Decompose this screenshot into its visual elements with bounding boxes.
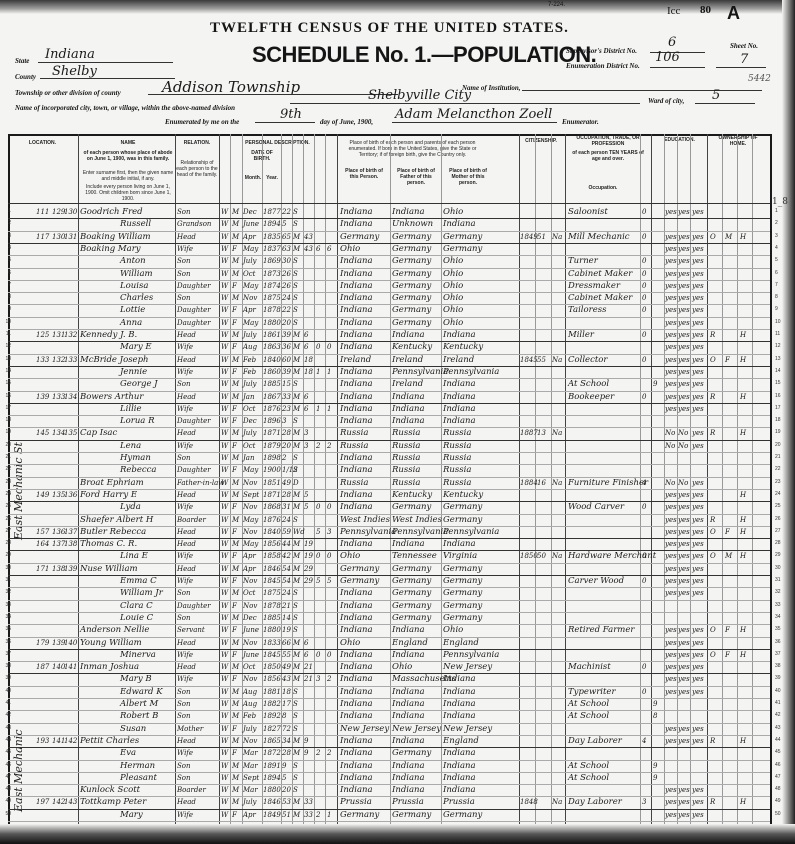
cell-write: yes	[678, 564, 690, 574]
scan-edge-right	[782, 0, 795, 844]
cell-write: yes	[678, 232, 690, 242]
cell-sex: M	[232, 638, 239, 648]
cell-year: 1865	[263, 736, 281, 746]
cell-name: William Jr	[120, 588, 163, 598]
cell-occupation: Carver Wood	[568, 576, 624, 586]
cell-year: 1835	[263, 232, 281, 242]
row-number: 32	[1, 589, 11, 595]
cell-month: Oct	[243, 269, 255, 279]
row-number: 17	[1, 405, 11, 411]
row-number-right: 1	[775, 208, 778, 214]
row-number-right: 13	[775, 356, 781, 362]
col-divider	[325, 134, 326, 824]
enumerated-label-2: day of June, 1900,	[320, 118, 373, 126]
document-title: TWELFTH CENSUS OF THE UNITED STATES.	[210, 20, 569, 37]
cell-name: Lottie	[120, 305, 145, 315]
cell-year: 1868	[263, 502, 281, 512]
cell-speak: yes	[692, 687, 704, 697]
cell-year: 1881	[263, 687, 281, 697]
cell-read: yes	[665, 736, 677, 746]
cell-speak: yes	[692, 490, 704, 500]
cell-race: W	[221, 761, 228, 771]
row-number-right: 4	[775, 245, 778, 251]
cell-year: 1856	[263, 674, 281, 684]
cell-free: F	[725, 650, 730, 660]
header-occupation-desc: of each person TEN YEARS of age and over…	[568, 150, 648, 162]
cell-year: 1871	[263, 490, 281, 500]
cell-farm: H	[740, 650, 746, 660]
cell-year: 1875	[263, 588, 281, 598]
cell-marital: M	[293, 539, 300, 549]
cell-read: yes	[665, 662, 677, 672]
cell-family: 130	[64, 207, 77, 217]
cell-age: 20	[282, 318, 291, 328]
cell-occupation: Wood Carver	[568, 502, 624, 512]
cell-month: July	[243, 428, 257, 438]
cell-write: yes	[678, 367, 690, 377]
cell-mother: Russia	[443, 441, 471, 451]
cell-birth: Indiana	[340, 601, 373, 611]
row-number: 3	[1, 233, 11, 239]
cell-month: June	[243, 625, 259, 635]
cell-speak: yes	[692, 576, 704, 586]
cell-age: 24	[282, 588, 291, 598]
cell-race: W	[221, 785, 228, 795]
row-number: 25	[1, 503, 11, 509]
row-number-right: 8	[775, 294, 778, 300]
cell-birth: Indiana	[340, 219, 373, 229]
cell-speak: yes	[692, 810, 704, 820]
row-number: 11	[1, 331, 11, 337]
cell-mother: Indiana	[443, 404, 476, 414]
cell-month: July	[243, 330, 257, 340]
cell-unemp: 4	[642, 736, 646, 746]
cell-name: Ford Harry E	[80, 490, 137, 500]
cell-father: West Indies	[392, 515, 442, 525]
row-number: 19	[1, 429, 11, 435]
cell-occupation: Tailoress	[568, 305, 606, 315]
row-number: 37	[1, 651, 11, 657]
cell-married-yrs: 5	[304, 490, 308, 500]
cell-living: 2	[327, 748, 331, 758]
cell-birth: Pennsylvania	[340, 527, 396, 537]
cell-free: M	[725, 551, 732, 561]
cell-race: W	[221, 515, 228, 525]
cell-father: Indiana	[392, 330, 425, 340]
cell-mother-of: 0	[316, 551, 320, 561]
cell-unemp: 0	[642, 355, 646, 365]
cell-month: Sept	[243, 773, 259, 783]
cell-occupation: Cabinet Maker	[568, 269, 632, 279]
cell-write: yes	[678, 281, 690, 291]
cell-race: W	[221, 638, 228, 648]
cell-yrs-us: 50	[537, 551, 546, 561]
header-name-desc-3: Include every person living on June 1, 1…	[80, 184, 176, 202]
cell-living: 1	[327, 404, 331, 414]
cell-age: 19	[282, 625, 291, 635]
cell-birth: Indiana	[340, 392, 373, 402]
cell-name: Robert B	[120, 711, 158, 721]
row-number-right: 23	[775, 479, 781, 485]
cell-age: 28	[282, 490, 291, 500]
header-personal-description: PERSONAL DESCRIPTION.	[220, 140, 335, 146]
cell-write: yes	[678, 269, 690, 279]
cell-race: W	[221, 588, 228, 598]
cell-farm: H	[740, 490, 746, 500]
cell-speak: yes	[692, 625, 704, 635]
cell-race: W	[221, 674, 228, 684]
cell-father: Russia	[392, 478, 420, 488]
cell-month: Sept	[243, 490, 259, 500]
cell-sex: F	[232, 810, 237, 820]
cell-name: Lina E	[120, 551, 148, 561]
row-number: 9	[1, 306, 11, 312]
cell-married-yrs: 19	[304, 551, 313, 561]
cell-write: yes	[678, 244, 690, 254]
cell-birth: Indiana	[340, 625, 373, 635]
cell-imm: 1848	[520, 797, 538, 807]
enumeration-value: 106	[655, 50, 680, 65]
cell-relation: Head	[177, 638, 196, 648]
cell-year: 1856	[263, 539, 281, 549]
cell-free: M	[725, 232, 732, 242]
cell-farm: H	[740, 797, 746, 807]
cell-read: No	[665, 441, 675, 451]
cell-write: yes	[678, 797, 690, 807]
cell-month: Apr	[243, 551, 256, 561]
cell-race: W	[221, 662, 228, 672]
cell-race: W	[221, 527, 228, 537]
cell-father: Germany	[392, 576, 431, 586]
cell-mother: Germany	[443, 588, 482, 598]
cell-married-yrs: 6	[304, 392, 308, 402]
cell-marital: S	[293, 293, 298, 303]
cell-write: yes	[678, 662, 690, 672]
cell-relation: Head	[177, 232, 196, 242]
cell-mother: Ohio	[443, 625, 463, 635]
cell-read: yes	[665, 330, 677, 340]
cell-father: England	[392, 638, 428, 648]
cell-married-yrs: 3	[304, 428, 308, 438]
cell-read: yes	[665, 785, 677, 795]
cell-marital: M	[293, 576, 300, 586]
cell-name: Pettit Charles	[80, 736, 139, 746]
cell-own: R	[710, 392, 715, 402]
cell-occupation: Furniture Finisher	[568, 478, 648, 488]
cell-farm: H	[740, 625, 746, 635]
cell-sex: F	[232, 502, 237, 512]
cell-month: May	[243, 244, 258, 254]
cell-name: Boaking Mary	[80, 244, 141, 254]
cell-birth: Indiana	[340, 711, 373, 721]
cell-sex: F	[232, 318, 237, 328]
enumerator-underline	[392, 122, 557, 123]
state-value: Indiana	[45, 47, 95, 62]
cell-father: Germany	[392, 293, 431, 303]
cell-father: Kentucky	[392, 342, 432, 352]
cell-relation: Wife	[177, 576, 193, 586]
cell-sex: M	[232, 588, 239, 598]
cell-name: Emma C	[120, 576, 157, 586]
header-name-desc-2: Enter surname first, then the given name…	[80, 170, 176, 182]
cell-birth: Indiana	[340, 465, 373, 475]
cell-race: W	[221, 490, 228, 500]
cell-birth: Indiana	[340, 502, 373, 512]
cell-relation: Wife	[177, 551, 193, 561]
cell-father: Ohio	[392, 662, 412, 672]
cell-unemp: 0	[642, 502, 646, 512]
cell-age: 53	[282, 797, 291, 807]
cell-year: 1879	[263, 441, 281, 451]
cell-farm: H	[740, 355, 746, 365]
cell-birth: Indiana	[340, 318, 373, 328]
enumerator-name: Adam Melancthon Zoell	[395, 107, 552, 122]
cell-father: Russia	[392, 453, 420, 463]
cell-father: Tennessee	[392, 551, 437, 561]
cell-race: W	[221, 416, 228, 426]
cell-living: 0	[327, 551, 331, 561]
cell-name: Herman	[120, 761, 155, 771]
cell-month: Dec	[243, 207, 257, 217]
cell-birth: Indiana	[340, 662, 373, 672]
header-nativity-desc: Place of birth of each person and parent…	[340, 140, 485, 158]
cell-sex: F	[232, 244, 237, 254]
county-underline	[40, 78, 175, 79]
cell-married-yrs: 19	[304, 539, 313, 549]
cell-marital: M	[293, 342, 300, 352]
cell-sex: M	[232, 515, 239, 525]
cell-mother: Ohio	[443, 269, 463, 279]
cell-sex: M	[232, 564, 239, 574]
cell-birth: Indiana	[340, 588, 373, 598]
cell-month: June	[243, 650, 259, 660]
row-number-right: 48	[775, 786, 781, 792]
cell-family: 140	[64, 638, 77, 648]
cell-mother: Pennsylvania	[443, 527, 499, 537]
cell-race: W	[221, 724, 228, 734]
cell-relation: Head	[177, 564, 196, 574]
header-location: LOCATION.	[10, 140, 75, 146]
cell-name: Broat Ephriam	[80, 478, 144, 488]
cell-marital: S	[293, 588, 298, 598]
row-number-right: 46	[775, 762, 781, 768]
cell-read: yes	[665, 207, 677, 217]
supervisor-label: Supervisor's District No.	[566, 47, 637, 55]
cell-birth: Indiana	[340, 699, 373, 709]
cell-sex: F	[232, 342, 237, 352]
cell-write: yes	[678, 638, 690, 648]
cell-race: W	[221, 687, 228, 697]
cell-relation: Wife	[177, 441, 193, 451]
cell-relation: Head	[177, 428, 196, 438]
cell-write: yes	[678, 490, 690, 500]
cell-marital: M	[293, 674, 300, 684]
row-number: 43	[1, 725, 11, 731]
cell-own: O	[710, 650, 716, 660]
cell-relation: Daughter	[177, 465, 211, 475]
cell-mother: Indiana	[443, 699, 476, 709]
cell-father: Germany	[392, 305, 431, 315]
cell-birth: Ireland	[340, 355, 371, 365]
cell-sex: F	[232, 674, 237, 684]
cell-name: Albert M	[120, 699, 158, 709]
cell-marital: S	[293, 281, 298, 291]
cell-speak: yes	[692, 379, 704, 389]
cell-month: July	[243, 724, 257, 734]
row-number: 45	[1, 749, 11, 755]
cell-family: 139	[64, 564, 77, 574]
cell-nat: Na	[552, 551, 562, 561]
cell-sex: M	[232, 773, 239, 783]
cell-relation: Son	[177, 761, 191, 771]
cell-speak: yes	[692, 515, 704, 525]
cell-year: 1867	[263, 392, 281, 402]
row-number-right: 42	[775, 712, 781, 718]
cell-mother: Germany	[443, 613, 482, 623]
cell-birth: Indiana	[340, 539, 373, 549]
cell-write: yes	[678, 724, 690, 734]
cell-month: Oct	[243, 588, 255, 598]
cell-month: Apr	[243, 810, 256, 820]
cell-marital: S	[293, 515, 298, 525]
enumerator-label: Enumerator.	[562, 118, 599, 126]
row-number-right: 25	[775, 503, 781, 509]
cell-father: Indiana	[392, 711, 425, 721]
cell-married-yrs: 6	[304, 650, 308, 660]
cell-farm: H	[740, 428, 746, 438]
cell-year: 1840	[263, 527, 281, 537]
cell-read: yes	[665, 551, 677, 561]
cell-sex: M	[232, 392, 239, 402]
row-number-right: 47	[775, 774, 781, 780]
row-number: 14	[1, 368, 11, 374]
cell-age: 66	[282, 638, 291, 648]
cell-living: 1	[327, 367, 331, 377]
row-number-right: 49	[775, 798, 781, 804]
cell-read: yes	[665, 392, 677, 402]
cell-mother: Germany	[443, 515, 482, 525]
cell-write: No	[678, 478, 688, 488]
cell-relation: Son	[177, 269, 191, 279]
row-number: 49	[1, 798, 11, 804]
county-value: Shelby	[52, 64, 97, 79]
row-number-right: 9	[775, 306, 778, 312]
cell-mother: Germany	[443, 244, 482, 254]
cell-age: 21	[282, 601, 291, 611]
cell-year: 1878	[263, 601, 281, 611]
cell-sex: F	[232, 527, 237, 537]
cell-speak: yes	[692, 207, 704, 217]
cell-birth: Indiana	[340, 416, 373, 426]
cell-mother: Indiana	[443, 748, 476, 758]
cell-age: 39	[282, 330, 291, 340]
cell-write: yes	[678, 318, 690, 328]
cell-name: Thomas C. R.	[80, 539, 137, 549]
cell-month: Aug	[243, 687, 257, 697]
cell-marital: M	[293, 392, 300, 402]
row-number-right: 38	[775, 663, 781, 669]
row-number-right: 28	[775, 540, 781, 546]
cell-sex: M	[232, 736, 239, 746]
cell-month: Mar	[243, 748, 258, 758]
cell-house: 193	[36, 736, 49, 746]
cell-race: W	[221, 244, 228, 254]
cell-father: Germany	[392, 281, 431, 291]
cell-mother-of: 2	[316, 441, 320, 451]
cell-mother-of: 0	[316, 502, 320, 512]
row-number-right: 2	[775, 220, 778, 226]
cell-father: Indiana	[392, 539, 425, 549]
institution-underline	[522, 90, 762, 91]
cell-marital: S	[293, 416, 298, 426]
cell-name: Louisa	[120, 281, 148, 291]
cell-speak: yes	[692, 269, 704, 279]
cell-year: 1845	[263, 576, 281, 586]
cell-birth: Ohio	[340, 638, 360, 648]
township-underline	[148, 94, 398, 95]
cell-birth: Indiana	[340, 269, 373, 279]
cell-relation: Head	[177, 662, 196, 672]
cell-relation: Wife	[177, 810, 193, 820]
enumerated-day: 9th	[280, 107, 302, 122]
cell-birth: Indiana	[340, 761, 373, 771]
row-number-right: 30	[775, 565, 781, 571]
cell-occupation: Turner	[568, 256, 598, 266]
cell-house: 145	[36, 428, 49, 438]
cell-father: Germany	[392, 244, 431, 254]
cell-read: yes	[665, 256, 677, 266]
cell-mother: Germany	[443, 232, 482, 242]
col-divider	[175, 134, 176, 824]
cell-write: yes	[678, 207, 690, 217]
cell-age: 22	[282, 207, 291, 217]
cell-house: 133	[36, 355, 49, 365]
cell-name: George J	[120, 379, 158, 389]
row-number: 23	[1, 479, 11, 485]
cell-birth: Germany	[340, 232, 379, 242]
cell-write: No	[678, 441, 688, 451]
cell-read: yes	[665, 293, 677, 303]
cell-marital: S	[293, 687, 298, 697]
cell-relation: Head	[177, 527, 196, 537]
cell-month: Aug	[243, 342, 257, 352]
cell-marital: M	[293, 748, 300, 758]
supervisor-value: 6	[668, 35, 676, 50]
stamp-number: 80	[700, 4, 711, 16]
sheet-label: Sheet No.	[730, 42, 758, 50]
row-number-right: 41	[775, 700, 781, 706]
cell-free: F	[725, 625, 730, 635]
header-ownership: OWNERSHIP OF HOME.	[710, 135, 766, 147]
cell-house: 171	[36, 564, 49, 574]
cell-read: yes	[665, 244, 677, 254]
cell-marital: S	[293, 269, 298, 279]
cell-birth: Indiana	[340, 379, 373, 389]
cell-relation: Son	[177, 293, 191, 303]
cell-birth: Germany	[340, 810, 379, 820]
cell-birth: West Indies	[340, 515, 390, 525]
stamp-letter: A	[727, 3, 740, 24]
cell-name: Charles	[120, 293, 153, 303]
cell-race: W	[221, 748, 228, 758]
cell-imm: 1850	[520, 551, 538, 561]
cell-read: yes	[665, 810, 677, 820]
cell-mother-of: 5	[316, 576, 320, 586]
cell-occupation: Typewriter	[568, 687, 616, 697]
cell-write: No	[678, 428, 688, 438]
cell-relation: Son	[177, 699, 191, 709]
cell-school: 9	[653, 379, 657, 389]
